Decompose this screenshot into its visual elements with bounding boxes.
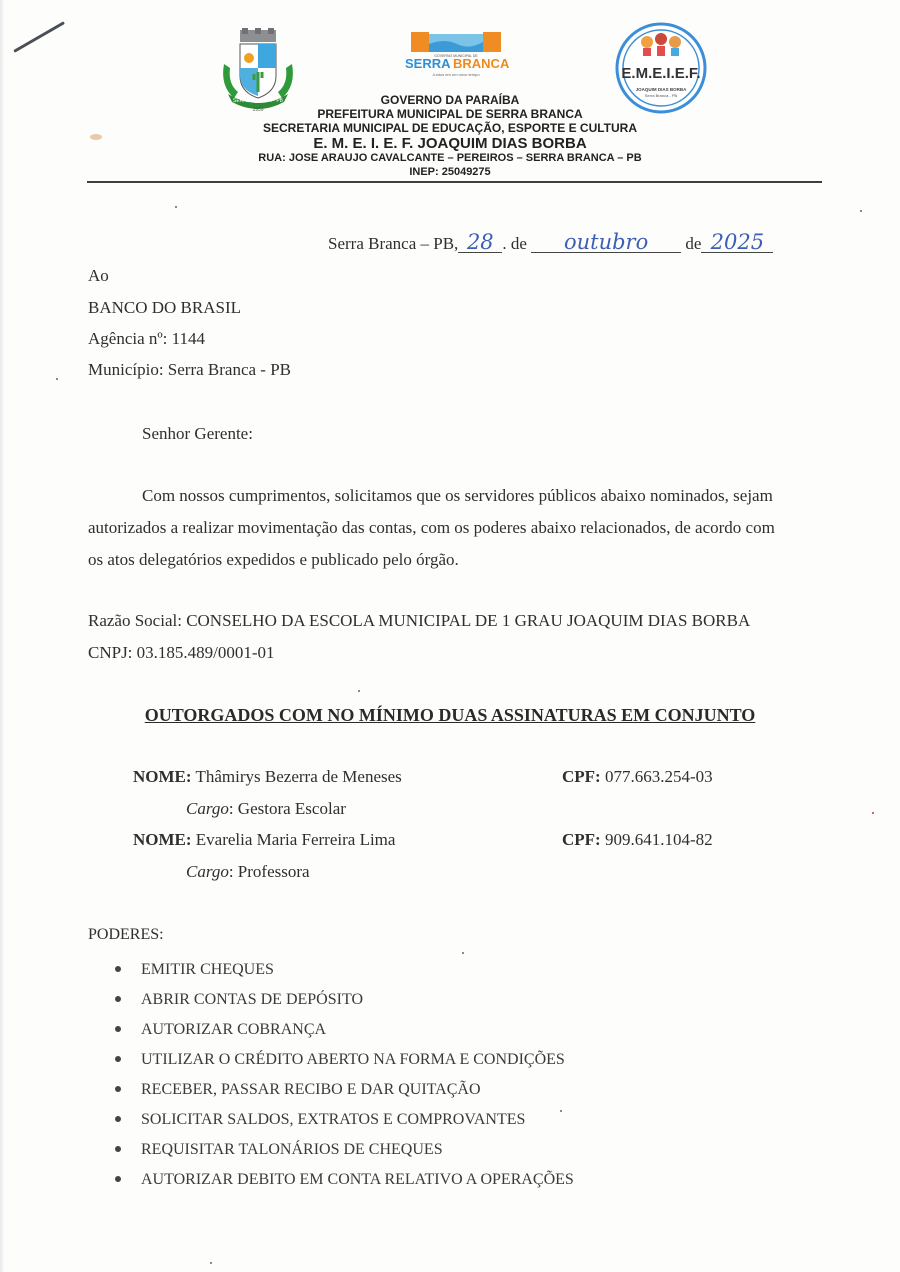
powers-title: PODERES: (88, 926, 164, 944)
scan-edge (0, 0, 4, 1272)
date-day: 28 (458, 232, 502, 253)
date-sep-1: . de (502, 234, 527, 253)
date-sep-2: de (685, 234, 701, 253)
powers-list: EMITIR CHEQUES ABRIR CONTAS DE DEPÓSITO … (110, 955, 574, 1195)
date-month: outubro (531, 232, 681, 253)
cnpj: CNPJ: 03.185.489/0001-01 (88, 643, 275, 663)
header-prefecture: PREFEITURA MUNICIPAL DE SERRA BRANCA (0, 107, 900, 121)
header-government: GOVERNO DA PARAÍBA (0, 93, 900, 107)
power-item: RECEBER, PASSAR RECIBO E DAR QUITAÇÃO (110, 1075, 574, 1105)
scan-speck (560, 1110, 562, 1112)
grantee-2-cargo: Cargo: Professora (186, 862, 310, 882)
scan-speck (462, 952, 464, 954)
body-line-2: autorizados a realizar movimentação das … (88, 512, 818, 544)
recipient-to: Ao (88, 266, 109, 286)
header-school-name: E. M. E. I. E. F. JOAQUIM DIAS BORBA (0, 135, 900, 152)
date-line: Serra Branca – PB,28. de outubro de2025 (328, 232, 773, 254)
serra-branca-logo: GOVERNO MUNICIPAL DE SERRA BRANCA Juntos… (405, 30, 523, 78)
power-item: AUTORIZAR COBRANÇA (110, 1015, 574, 1045)
recipient-agency: Agência nº: 1144 (88, 329, 205, 349)
power-item: UTILIZAR O CRÉDITO ABERTO NA FORMA E CON… (110, 1045, 574, 1075)
scan-speck (210, 1262, 212, 1264)
scan-speck (358, 690, 360, 692)
svg-text:JOAQUIM DIAS BORBA: JOAQUIM DIAS BORBA (636, 87, 688, 92)
bullet-icon (115, 1026, 121, 1032)
header-inep: INEP: 25049275 (0, 166, 900, 178)
grantee-1-cpf: CPF: 077.663.254-03 (562, 767, 713, 787)
recipient-city: Município: Serra Branca - PB (88, 360, 291, 380)
body-paragraph: Com nossos cumprimentos, solicitamos que… (88, 480, 818, 576)
bullet-icon (115, 1116, 121, 1122)
bullet-icon (115, 1056, 121, 1062)
salutation: Senhor Gerente: (142, 424, 253, 444)
power-item: AUTORIZAR DEBITO EM CONTA RELATIVO A OPE… (110, 1165, 574, 1195)
bullet-icon (115, 1146, 121, 1152)
recipient-bank: BANCO DO BRASIL (88, 298, 241, 318)
body-line-1: Com nossos cumprimentos, solicitamos que… (142, 486, 773, 505)
power-item: REQUISITAR TALONÁRIOS DE CHEQUES (110, 1135, 574, 1165)
section-title: OUTORGADOS COM NO MÍNIMO DUAS ASSINATURA… (0, 705, 900, 726)
svg-text:SERRA: SERRA (405, 56, 451, 71)
svg-text:BRANCA: BRANCA (453, 56, 510, 71)
header-divider (87, 181, 822, 183)
scan-speck (175, 206, 177, 208)
grantee-1-cargo: Cargo: Gestora Escolar (186, 799, 346, 819)
bullet-icon (115, 996, 121, 1002)
bullet-icon (115, 1176, 121, 1182)
power-item: SOLICITAR SALDOS, EXTRATOS E COMPROVANTE… (110, 1105, 574, 1135)
pen-mark (13, 21, 65, 53)
date-prefix: Serra Branca – PB, (328, 234, 458, 253)
bullet-icon (115, 1086, 121, 1092)
scan-speck (872, 812, 874, 814)
header-secretariat: SECRETARIA MUNICIPAL DE EDUCAÇÃO, ESPORT… (0, 121, 900, 135)
grantee-1-name: NOME: Thâmirys Bezerra de Meneses (133, 767, 402, 787)
body-line-3: os atos delegatórios expedidos e publica… (88, 544, 818, 576)
power-item: EMITIR CHEQUES (110, 955, 574, 985)
razao-social: Razão Social: CONSELHO DA ESCOLA MUNICIP… (88, 611, 750, 631)
grantee-2-cpf: CPF: 909.641.104-82 (562, 830, 713, 850)
scan-speck (56, 378, 58, 380)
header-address: RUA: JOSE ARAUJO CAVALCANTE – PEREIROS –… (0, 152, 900, 164)
svg-text:Juntos em um novo tempo: Juntos em um novo tempo (432, 72, 480, 77)
scan-speck (860, 210, 862, 212)
date-year: 2025 (701, 232, 773, 253)
svg-text:E.M.E.I.E.F.: E.M.E.I.E.F. (621, 65, 700, 82)
power-item: ABRIR CONTAS DE DEPÓSITO (110, 985, 574, 1015)
grantee-2-name: NOME: Evarelia Maria Ferreira Lima (133, 830, 395, 850)
bullet-icon (115, 966, 121, 972)
